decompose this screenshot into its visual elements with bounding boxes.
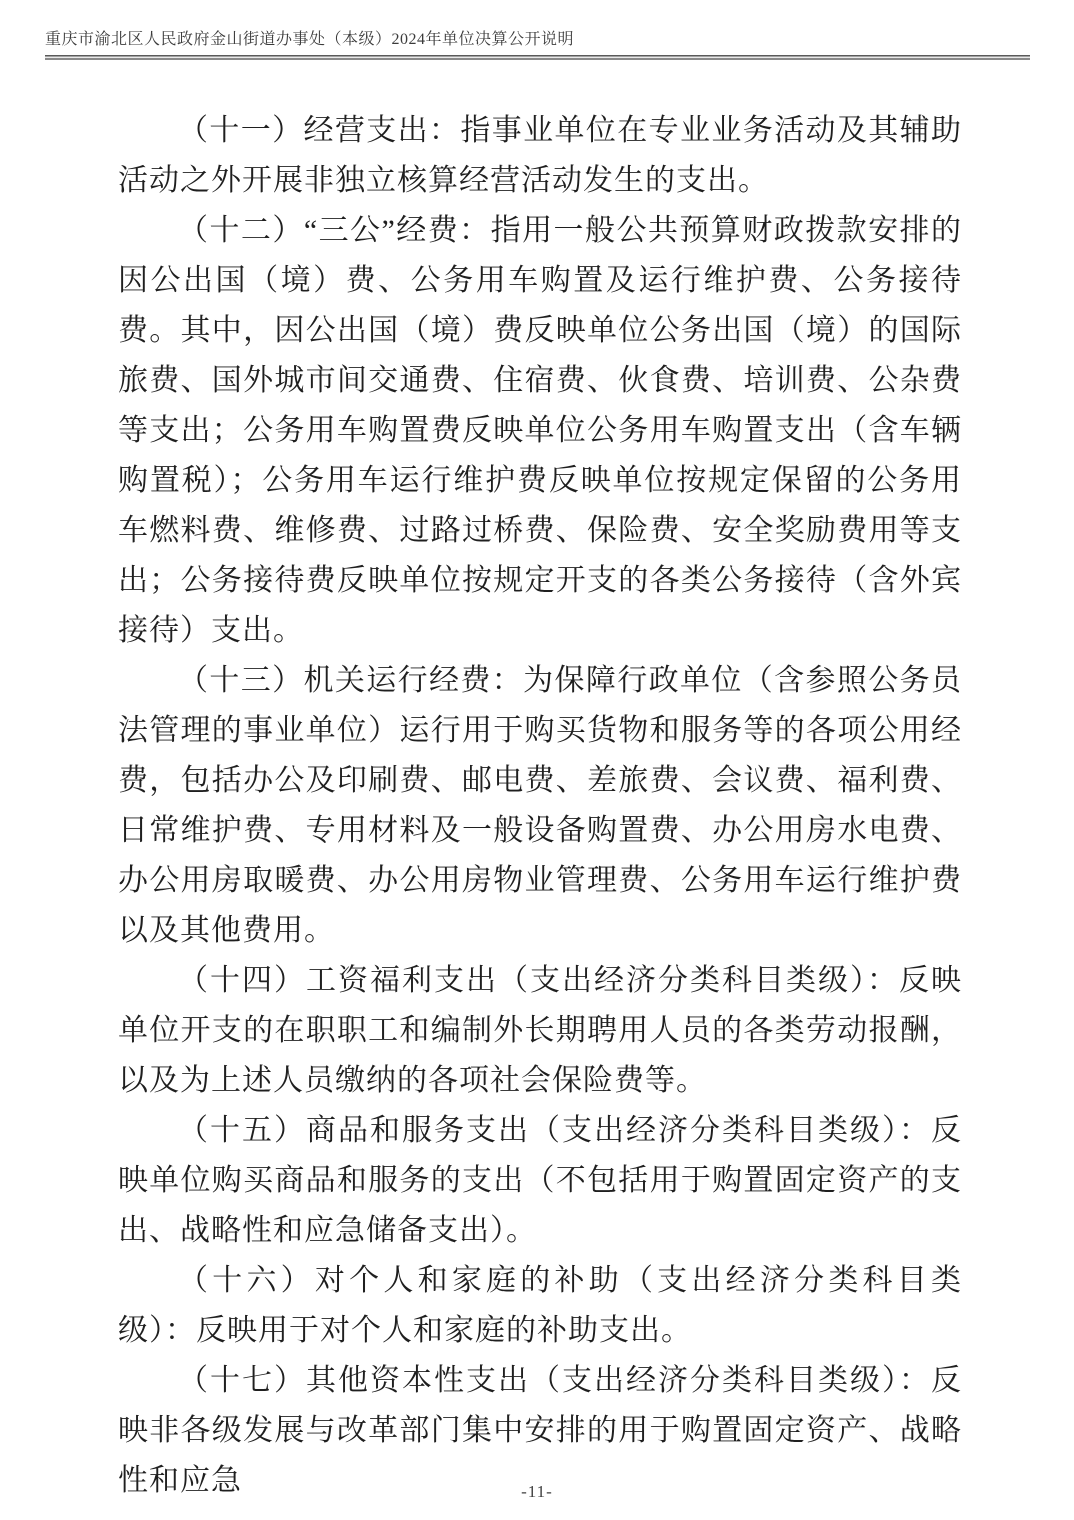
body-paragraph: （十四）工资福利支出（支出经济分类科目类级）：反映单位开支的在职职工和编制外长期… (118, 956, 962, 1106)
body-paragraph: （十五）商品和服务支出（支出经济分类科目类级）：反映单位购买商品和服务的支出（不… (118, 1106, 962, 1256)
document-page: 重庆市渝北区人民政府金山街道办事处（本级）2024年单位决算公开说明 （十一）经… (0, 0, 1074, 1520)
body-paragraph: （十六）对个人和家庭的补助（支出经济分类科目类级）：反映用于对个人和家庭的补助支… (118, 1256, 962, 1356)
body-paragraph: （十二）“三公”经费：指用一般公共预算财政拨款安排的因公出国（境）费、公务用车购… (118, 206, 962, 656)
document-body: （十一）经营支出：指事业单位在专业业务活动及其辅助活动之外开展非独立核算经营活动… (118, 106, 962, 1506)
page-number: -11- (0, 1482, 1074, 1502)
header-rule (45, 55, 1030, 60)
body-paragraph: （十三）机关运行经费：为保障行政单位（含参照公务员法管理的事业单位）运行用于购买… (118, 656, 962, 956)
body-paragraph: （十一）经营支出：指事业单位在专业业务活动及其辅助活动之外开展非独立核算经营活动… (118, 106, 962, 206)
document-header-title: 重庆市渝北区人民政府金山街道办事处（本级）2024年单位决算公开说明 (45, 26, 574, 49)
